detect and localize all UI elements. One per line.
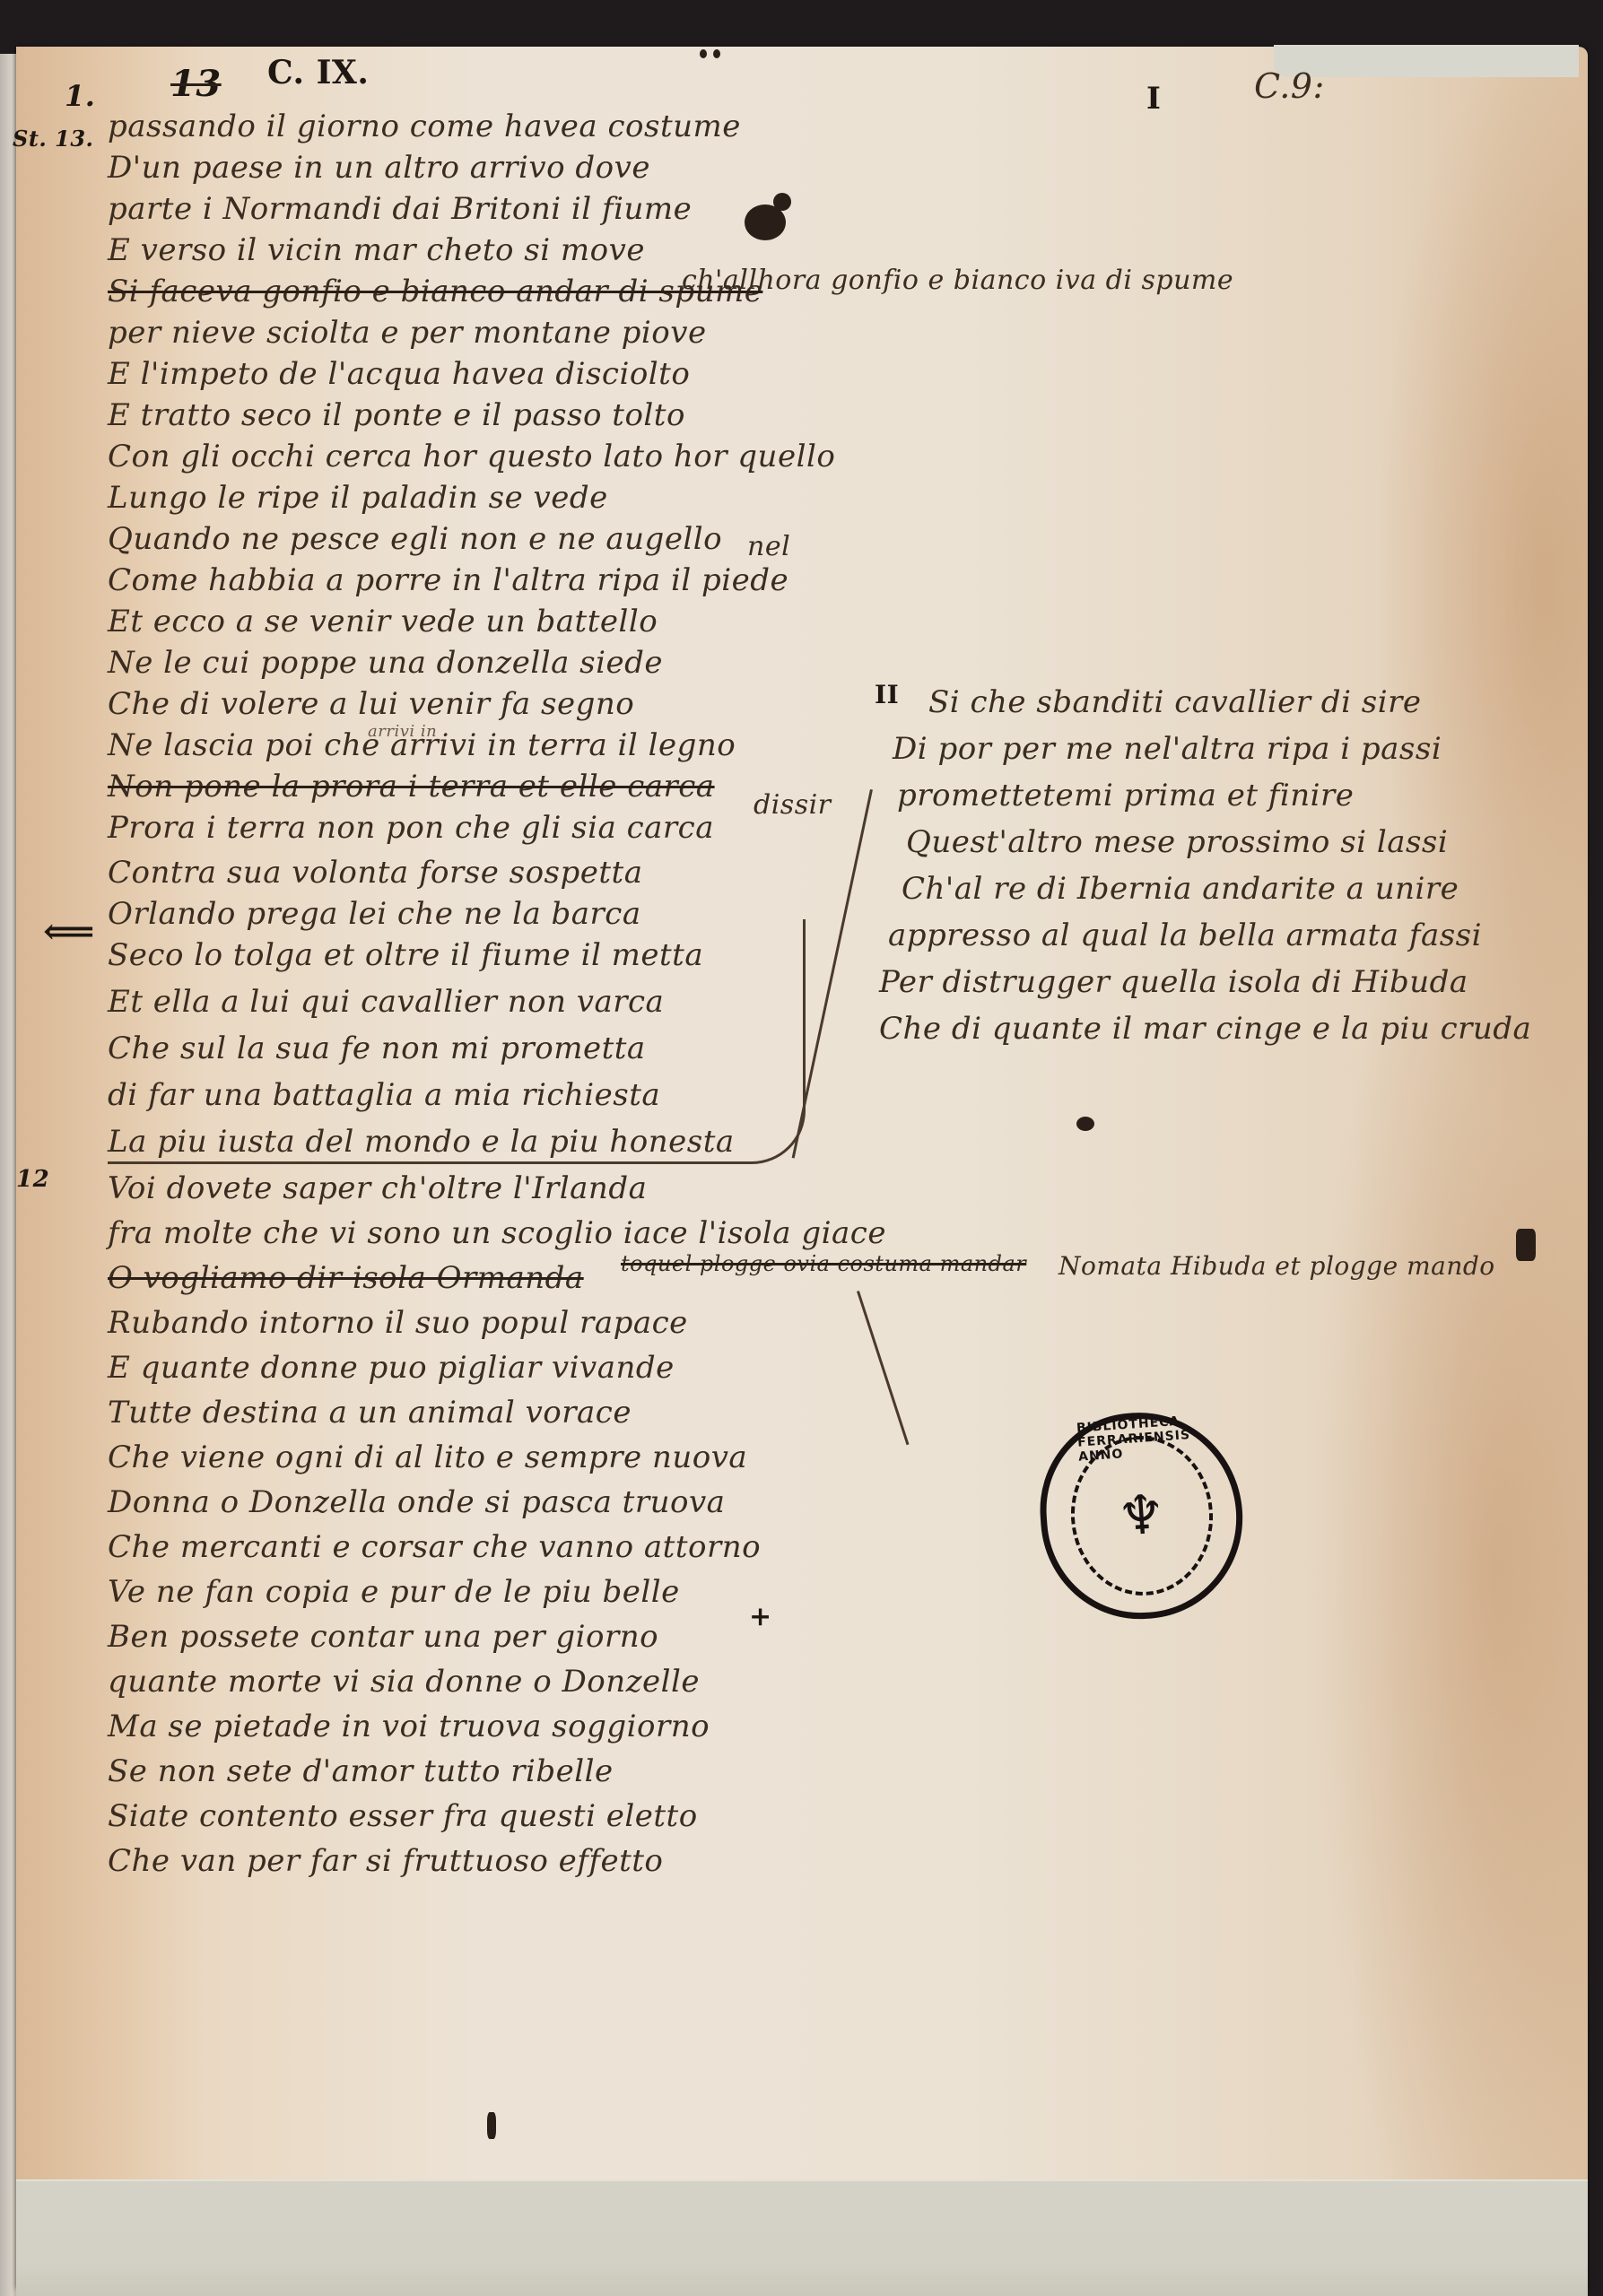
verse-line-struck: Si faceva gonfio e bianco andar di spume [108, 271, 762, 312]
verse-line: E tratto seco il ponte e il passo tolto [108, 395, 685, 436]
verse-line: passando il giorno come havea costume [108, 106, 741, 147]
verse-line: Tutte destina a un animal vorace [108, 1392, 632, 1433]
folio-number-roman: I [1146, 81, 1161, 117]
verse-line: Se non sete d'amor tutto ribelle [108, 1751, 614, 1792]
verse-line: Che mercanti e corsar che vanno attorno [108, 1526, 761, 1568]
verse-line: Ma se pietade in voi truova soggiorno [108, 1706, 710, 1747]
canto-label: C. IX. [267, 54, 369, 91]
verse-line: Et ecco a se venir vede un battello [108, 601, 658, 642]
verse-line-struck: O vogliamo dir isola Ormanda [108, 1257, 584, 1299]
verse-line: Si che sbanditi cavallier di sire [928, 684, 1421, 720]
right-text-column: Si che sbanditi cavallier di sire Di por… [875, 682, 1527, 1055]
interlinear-addition: arrivi in [368, 722, 437, 741]
ink-dot [713, 49, 720, 58]
verse-line: Che di quante il mar cinge e la piu crud… [879, 1011, 1531, 1047]
verse-line: Rubando intorno il suo popul rapace [108, 1302, 688, 1344]
verse-line: Quest'altro mese prossimo si lassi [906, 824, 1448, 860]
verse-line: Siate contento esser fra questi eletto [108, 1796, 698, 1837]
verse-line: Prora i terra non pon che gli sia carca [108, 807, 714, 848]
verse-line: fra molte che vi sono un scoglio iace l'… [108, 1213, 886, 1254]
margin-word-nel: nel [747, 531, 790, 562]
folio-number-right: C.9: [1254, 66, 1325, 106]
verse-line: Donna o Donzella onde si pasca truova [108, 1482, 725, 1523]
ink-dot [700, 49, 707, 58]
verse-line: Ch'al re di Ibernia andarite a unire [902, 871, 1459, 907]
margin-word-dissir: dissir [754, 789, 832, 821]
verse-line: parte i Normandi dai Britoni il fiume [108, 188, 692, 230]
verse-line: Ve ne fan copia e pur de le piu belle [108, 1571, 680, 1613]
verse-line: promettetemi prima et finire [897, 778, 1354, 813]
verse-line: Lungo le ripe il paladin se vede [108, 477, 608, 518]
marginal-addition-line-27: Nomata Hibuda et plogge mando [1059, 1251, 1561, 1281]
verse-line: appresso al qual la bella armata fassi [888, 918, 1482, 953]
verse-line: Voi dovete saper ch'oltre l'Irlanda [108, 1168, 647, 1209]
verse-line: D'un paese in un altro arrivo dove [108, 147, 650, 188]
ink-blot [1076, 1117, 1094, 1131]
verse-line: Che viene ogni di al lito e sempre nuova [108, 1437, 747, 1478]
verse-line: quante morte vi sia donne o Donzelle [108, 1661, 700, 1702]
insertion-bracket [108, 919, 806, 1164]
arrow-marker-icon: ⟸ [43, 910, 95, 952]
bottom-paper-mend [16, 2179, 1588, 2296]
verse-line: Ben possete contar una per giorno [108, 1616, 658, 1657]
inline-addition-line-27-struck: toquel plogge ovia costuma mandar [621, 1251, 1026, 1276]
verse-line: Ne le cui poppe una donzella siede [108, 642, 663, 683]
ink-blot [773, 193, 791, 211]
verse-line: Quando ne pesce egli non e ne augello [108, 518, 722, 560]
verse-line: E l'impeto de l'acqua havea disciolto [108, 353, 690, 395]
stanza-marker-13: St. 13. [13, 126, 93, 152]
ink-blot [487, 2112, 496, 2139]
verse-line: Contra sua volonta forse sospetta [108, 852, 643, 893]
verse-line: Di por per me nel'altra ripa i passi [893, 731, 1442, 767]
verse-line: Che di volere a lui venir fa segno [108, 683, 634, 725]
verse-line-struck: Non pone la prora i terra et elle carca [108, 766, 715, 807]
verse-line: Per distrugger quella isola di Hibuda [879, 964, 1468, 1000]
verse-line: E quante donne puo pigliar vivande [108, 1347, 675, 1388]
ink-blot [1516, 1229, 1536, 1261]
verse-line: per nieve sciolta e per montane piove [108, 312, 707, 353]
verse-line: E verso il vicin mar cheto si move [108, 230, 645, 271]
plus-mark: + [749, 1601, 772, 1632]
folio-number-left: 1. [65, 79, 95, 113]
verse-line: Come habbia a porre in l'altra ripa il p… [108, 560, 788, 601]
verse-line: Che van per far si fruttuoso effetto [108, 1840, 663, 1882]
verse-line: Con gli occhi cerca hor questo lato hor … [108, 436, 835, 477]
stanza-marker-12: 12 [16, 1166, 49, 1193]
inline-addition-line-5: ch'allhora gonfio e bianco iva di spume [682, 265, 1233, 296]
crossed-folio-number: 13 [170, 63, 222, 105]
